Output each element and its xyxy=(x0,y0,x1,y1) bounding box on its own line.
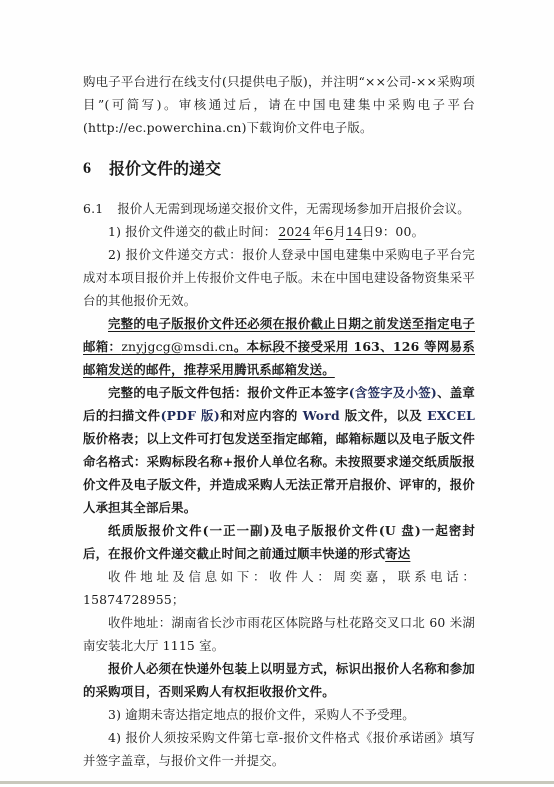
email-notice: 完整的电子版报价文件还必须在报价截止日期之前发送至指定电子邮箱：znyjgcg@… xyxy=(83,312,475,381)
recipient-address: 收件地址：湖南省长沙市雨花区体院路与杜花路交叉口北 60 米湖南安装北大厅 11… xyxy=(83,611,475,657)
intro-suffix: 下载询价文件电子版。 xyxy=(247,120,373,135)
excel-label: EXCEL xyxy=(427,408,475,423)
section-number: 6 xyxy=(83,157,91,181)
subsection-6-1: 6.1 报价人无需到现场递交报价文件，无需现场参加开启报价会议。 xyxy=(83,197,475,220)
page-bottom-edge xyxy=(0,781,554,784)
day-unit: 日 xyxy=(362,224,375,239)
deadline-year: 2024 xyxy=(276,224,312,239)
item-3-late: 3) 逾期未寄达指定地点的报价文件，采购人不予受理。 xyxy=(83,703,475,726)
subsection-text: 报价人无需到现场递交报价文件，无需现场参加开启报价会议。 xyxy=(117,197,470,220)
contents-text: 完整的电子版文件包括：报价文件正本签字 xyxy=(108,385,349,400)
paper-submission: 纸质版报价文件(一正一副)及电子版报价文件(U 盘)一起密封后，在报价文件递交截… xyxy=(83,519,475,565)
item-4-commitment: 4) 报价人须按采购文件第七章-报价文件格式《报价承诺函》填写并签字盖章，与报价… xyxy=(83,726,475,772)
platform-url: (http://ec.powerchina.cn) xyxy=(83,120,247,135)
subsection-number: 6.1 xyxy=(83,197,103,220)
package-notice: 报价人必须在快递外包装上以明显方式，标识出报价人名称和参加的采购项目，否则采购人… xyxy=(83,657,475,703)
document-page: 购电子平台进行在线支付(只提供电子版)，并注明“××公司-××采购项目”(可简写… xyxy=(0,0,554,784)
electronic-contents: 完整的电子版文件包括：报价文件正本签字(含签字及小签)、盖章后的扫描文件(PDF… xyxy=(83,381,475,519)
deadline-label: 1) 报价文件递交的截止时间： xyxy=(108,224,276,239)
document-content: 购电子平台进行在线支付(只提供电子版)，并注明“××公司-××采购项目”(可简写… xyxy=(83,70,475,772)
pdf-label: (PDF 版) xyxy=(161,408,220,423)
deadline-day: 14 xyxy=(346,224,362,239)
year-unit: 年 xyxy=(313,224,326,239)
word-label: Word xyxy=(303,408,340,423)
intro-paragraph: 购电子平台进行在线支付(只提供电子版)，并注明“××公司-××采购项目”(可简写… xyxy=(83,70,475,139)
contents-paren: (含签字及小签) xyxy=(349,385,437,400)
contents-text-3: 和对应内容的 xyxy=(220,408,303,423)
month-unit: 月 xyxy=(333,224,346,239)
paper-underlined: 寄达 xyxy=(385,546,410,561)
paper-text: 纸质版报价文件(一正一副)及电子版报价文件(U 盘)一起密封后，在报价文件递交截… xyxy=(83,523,475,561)
contents-text-4: 版文件，以及 xyxy=(340,408,427,423)
item-1-deadline: 1) 报价文件递交的截止时间：2024年6月14日9：00。 xyxy=(83,220,475,243)
recipient-info: 收件地址及信息如下：收件人：周奕嘉，联系电话：15874728955； xyxy=(83,565,475,611)
deadline-time: 9：00。 xyxy=(375,224,424,239)
submission-email: znyjgcg@msdi.cn xyxy=(121,339,233,354)
section-title: 报价文件的递交 xyxy=(109,157,221,181)
intro-text: 购电子平台进行在线支付(只提供电子版)，并注明“××公司-××采购项目”(可简写… xyxy=(83,74,475,112)
item-2-method: 2) 报价文件递交方式：报价人登录中国电建集中采购电子平台完成对本项目报价并上传… xyxy=(83,243,475,312)
contents-text-5: 版价格表；以上文件可打包发送至指定邮箱，邮箱标题以及电子版文件命名格式：采购标段… xyxy=(83,431,475,515)
section-heading: 6 报价文件的递交 xyxy=(83,157,475,181)
